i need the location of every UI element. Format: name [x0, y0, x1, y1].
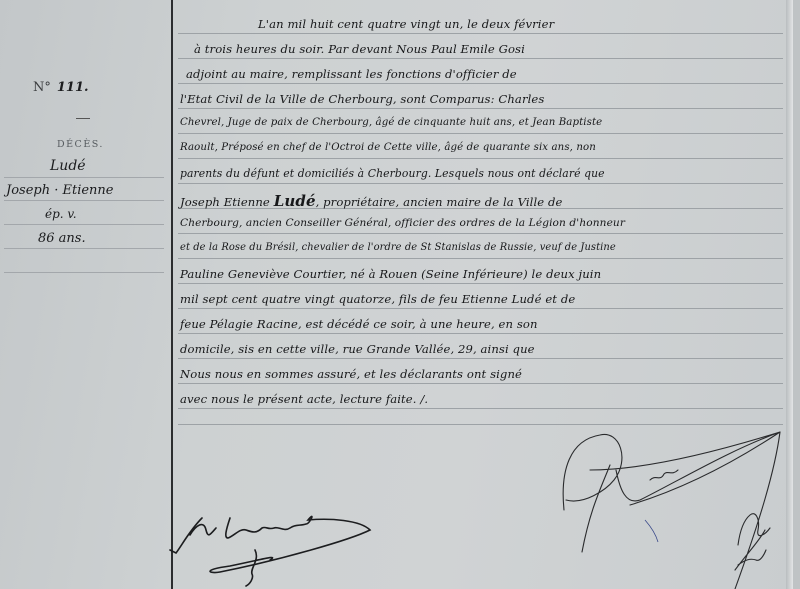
section-title: DÉCÈS. — [57, 139, 104, 150]
act-line: parents du défunt et domiciliés à Cherbo… — [180, 167, 605, 180]
act-line: mil sept cent quatre vingt quatorze, fil… — [180, 292, 575, 306]
ruled-line — [178, 308, 783, 309]
margin-line — [4, 272, 164, 273]
ruled-line — [178, 33, 783, 34]
act-line: Chevrel, Juge de paix de Cherbourg, âgé … — [180, 117, 602, 128]
margin-line — [4, 248, 164, 249]
page-edge — [786, 0, 793, 589]
margin-age: 86 ans. — [38, 231, 86, 246]
entry-number-value: 111. — [57, 80, 89, 95]
margin-line — [4, 200, 164, 201]
ruled-line — [178, 183, 783, 184]
act-line: feue Pélagie Racine, est décédé ce soir,… — [180, 317, 538, 331]
deceased-given-names: Joseph Etienne — [180, 195, 270, 209]
act-line: l'Etat Civil de la Ville de Cherbourg, s… — [180, 92, 544, 106]
ruled-line — [178, 258, 783, 259]
margin-surname: Ludé — [50, 158, 86, 174]
entry-number: N°111. — [33, 80, 89, 95]
deceased-surname: Ludé — [274, 192, 316, 210]
deceased-description: , propriétaire, ancien maire de la Ville… — [316, 195, 563, 209]
entry-number-label: N° — [33, 80, 51, 95]
act-line: Pauline Geneviève Courtier, né à Rouen (… — [180, 267, 601, 281]
ruled-line — [178, 108, 783, 109]
ruled-line — [178, 283, 783, 284]
margin-line — [4, 177, 164, 178]
act-line: Joseph Etienne Ludé, propriétaire, ancie… — [180, 192, 563, 210]
act-line: Nous nous en sommes assuré, et les décla… — [180, 367, 522, 381]
ruled-line — [178, 133, 783, 134]
ruled-line — [178, 383, 783, 384]
ruled-line — [178, 83, 783, 84]
act-line: et de la Rose du Brésil, chevalier de l'… — [180, 242, 616, 253]
register-page: N°111. DÉCÈS. Ludé Joseph · Etienne ép. … — [0, 0, 793, 589]
act-line: avec nous le présent acte, lecture faite… — [180, 392, 428, 406]
act-line: L'an mil huit cent quatre vingt un, le d… — [258, 17, 554, 31]
ruled-line — [178, 158, 783, 159]
act-line: à trois heures du soir. Par devant Nous … — [194, 42, 525, 56]
signature-chevrel — [160, 490, 520, 589]
margin-given-names: Joseph · Etienne — [6, 183, 114, 198]
ruled-line — [178, 58, 783, 59]
act-line: Raoult, Préposé en chef de l'Octroi de C… — [180, 142, 596, 153]
margin-marital-note: ép. v. — [45, 207, 77, 221]
margin-line — [4, 224, 164, 225]
act-line: adjoint au maire, remplissant les foncti… — [186, 67, 517, 81]
ruled-line — [178, 358, 783, 359]
act-line: domicile, sis en cette ville, rue Grande… — [180, 342, 535, 356]
ruled-line — [178, 408, 783, 409]
ruled-line — [178, 233, 783, 234]
act-line: Cherbourg, ancien Conseiller Général, of… — [180, 217, 625, 229]
ruled-line — [178, 333, 783, 334]
separator-dash — [76, 118, 90, 119]
signature-raoult-gosi — [560, 410, 785, 589]
